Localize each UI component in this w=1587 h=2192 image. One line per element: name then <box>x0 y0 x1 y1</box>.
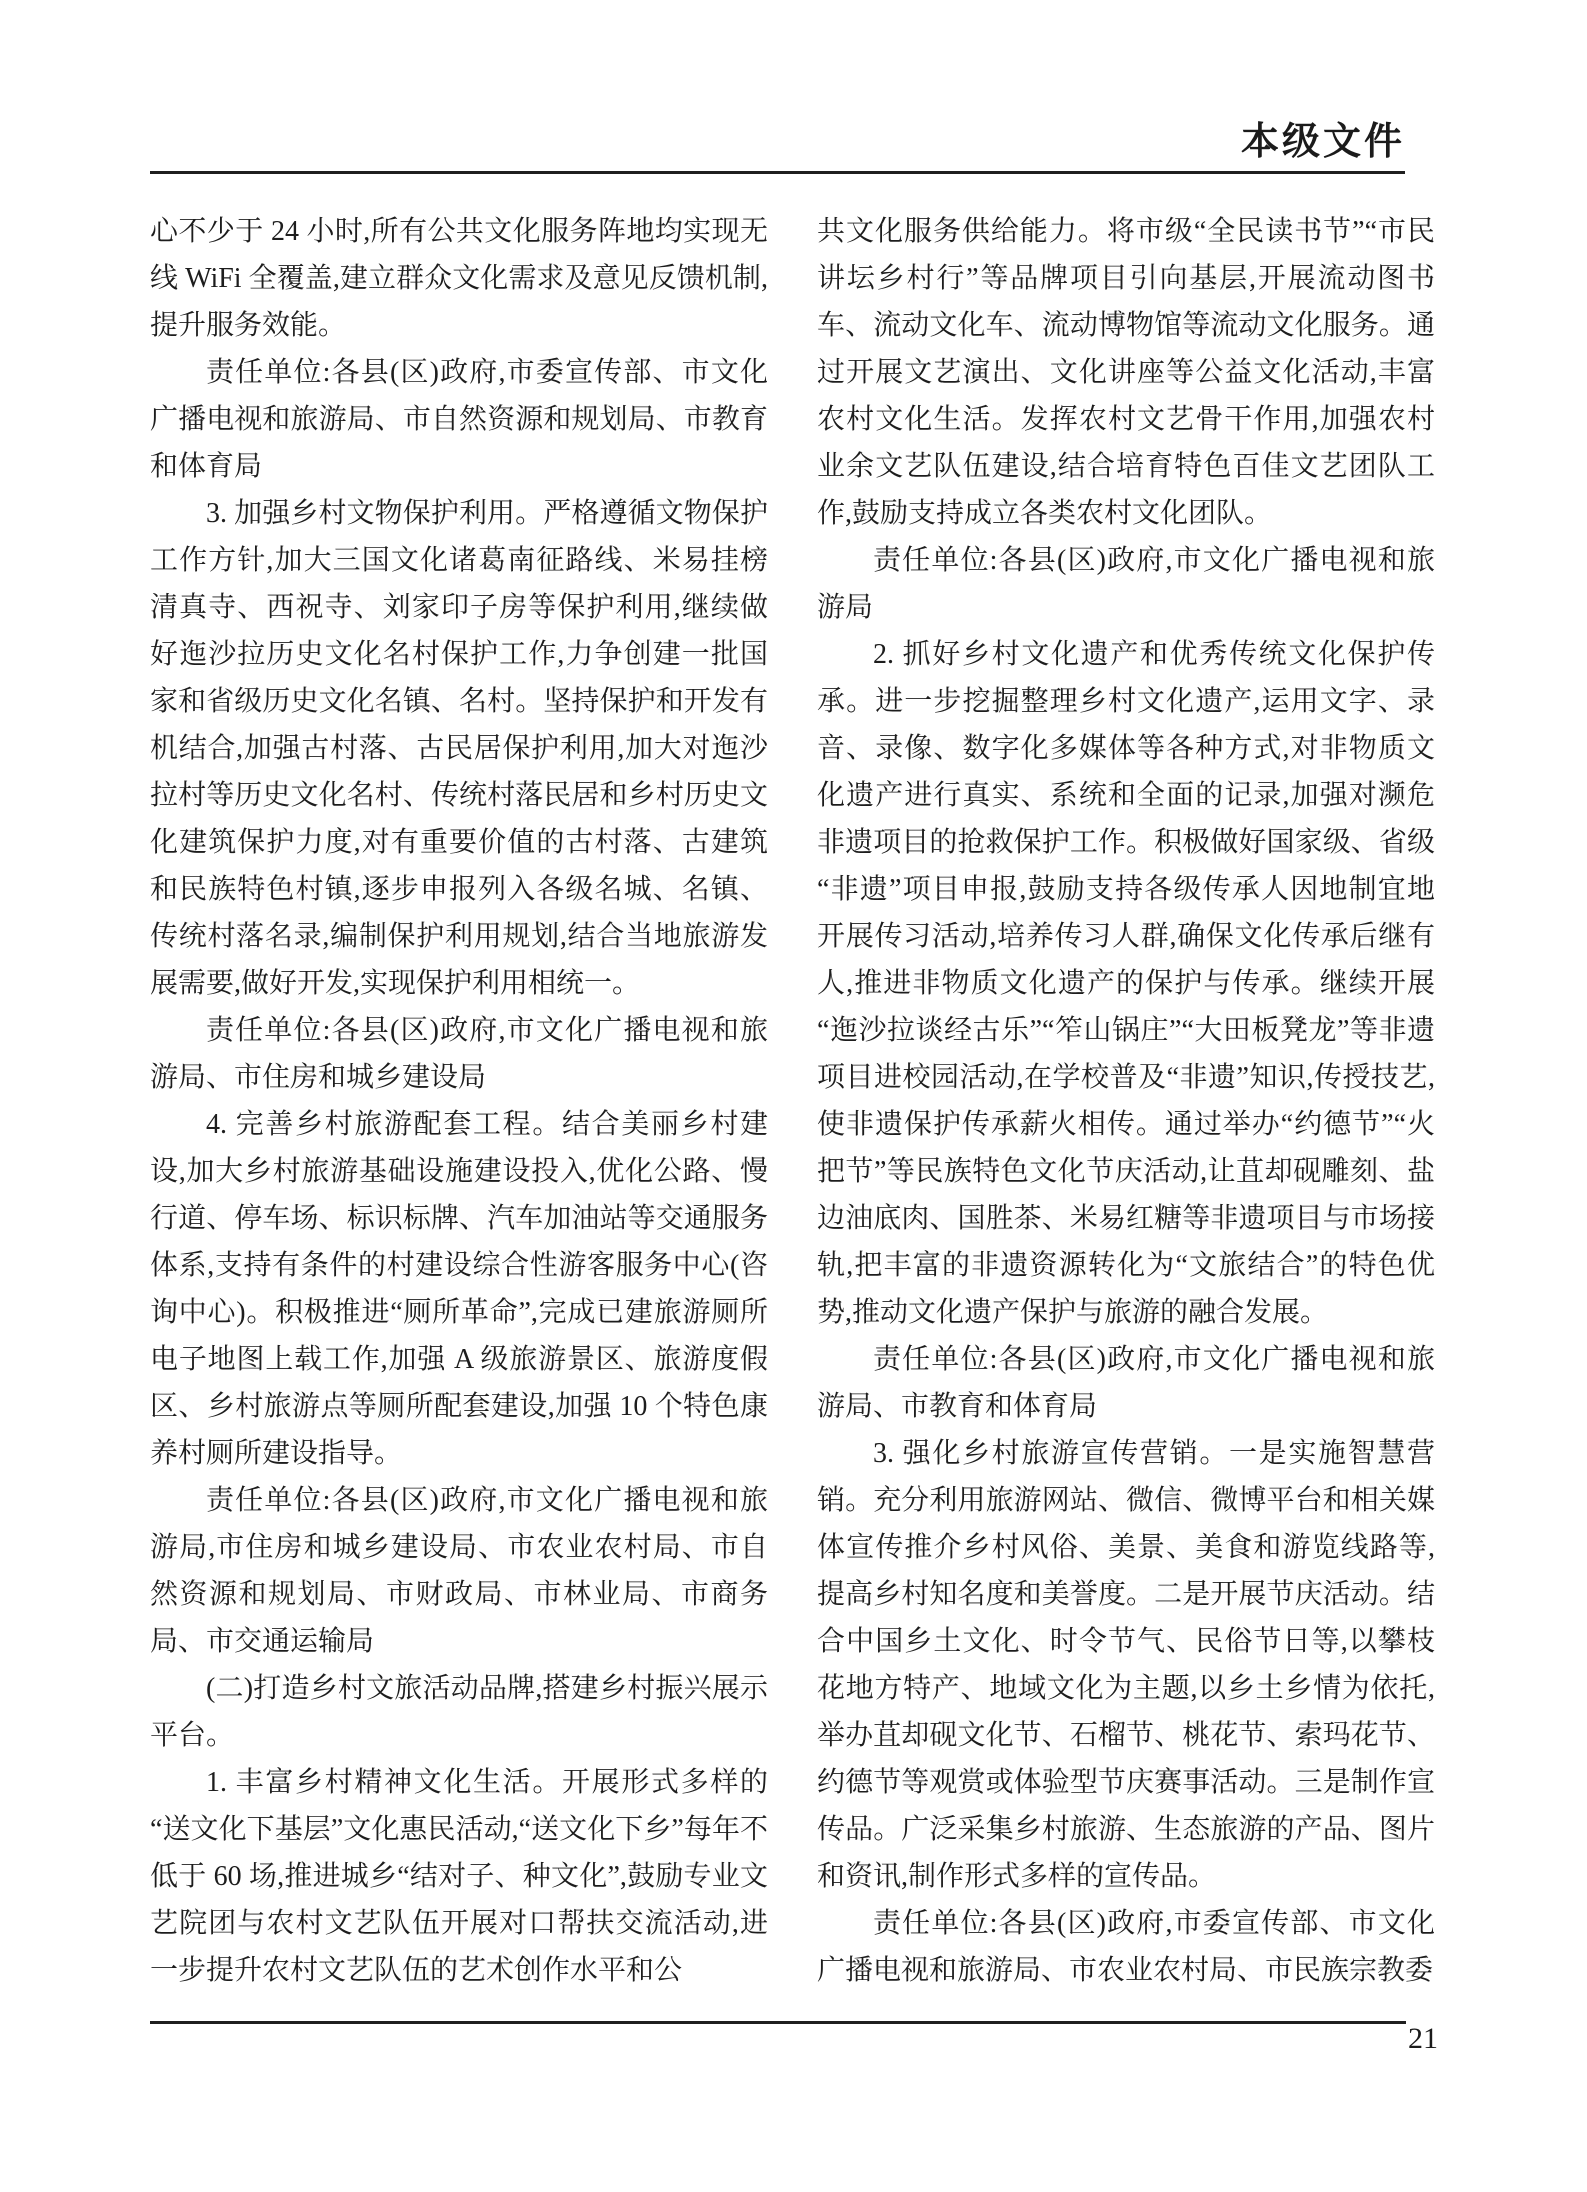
page-number: 21 <box>1408 2024 1438 2054</box>
paragraph: 1. 丰富乡村精神文化生活。开展形式多样的“送文化下基层”文化惠民活动,“送文化… <box>150 1759 768 1994</box>
paragraph-responsible-unit: 责任单位:各县(区)政府,市文化广播电视和旅游局、市住房和城乡建设局 <box>150 1007 768 1101</box>
header-title: 本级文件 <box>1241 121 1405 163</box>
paragraph: 4. 完善乡村旅游配套工程。结合美丽乡村建设,加大乡村旅游基础设施建设投入,优化… <box>150 1101 768 1477</box>
paragraph: 心不少于 24 小时,所有公共文化服务阵地均实现无线 WiFi 全覆盖,建立群众… <box>150 208 768 349</box>
paragraph-responsible-unit: 责任单位:各县(区)政府,市文化广播电视和旅游局,市住房和城乡建设局、市农业农村… <box>150 1477 768 1665</box>
footer-rule <box>150 2021 1406 2024</box>
paragraph-responsible-unit: 责任单位:各县(区)政府,市委宣传部、市文化广播电视和旅游局、市自然资源和规划局… <box>150 349 768 490</box>
paragraph: 共文化服务供给能力。将市级“全民读书节”“市民讲坛乡村行”等品牌项目引向基层,开… <box>817 208 1435 537</box>
document-page: { "colors": { "background": "#ffffff", "… <box>0 0 1587 2192</box>
text-column-left: 心不少于 24 小时,所有公共文化服务阵地均实现无线 WiFi 全覆盖,建立群众… <box>150 208 768 1994</box>
text-column-right: 共文化服务供给能力。将市级“全民读书节”“市民讲坛乡村行”等品牌项目引向基层,开… <box>817 208 1435 1994</box>
paragraph-responsible-unit: 责任单位:各县(区)政府,市文化广播电视和旅游局、市教育和体育局 <box>817 1336 1435 1430</box>
paragraph-responsible-unit: 责任单位:各县(区)政府,市委宣传部、市文化广播电视和旅游局、市农业农村局、市民… <box>817 1900 1435 1994</box>
page-header: 本级文件 <box>150 120 1405 174</box>
section-heading: (二)打造乡村文旅活动品牌,搭建乡村振兴展示平台。 <box>150 1665 768 1759</box>
paragraph: 3. 加强乡村文物保护利用。严格遵循文物保护工作方针,加大三国文化诸葛南征路线、… <box>150 490 768 1007</box>
paragraph: 3. 强化乡村旅游宣传营销。一是实施智慧营销。充分利用旅游网站、微信、微博平台和… <box>817 1430 1435 1900</box>
paragraph-responsible-unit: 责任单位:各县(区)政府,市文化广播电视和旅游局 <box>817 537 1435 631</box>
paragraph: 2. 抓好乡村文化遗产和优秀传统文化保护传承。进一步挖掘整理乡村文化遗产,运用文… <box>817 631 1435 1336</box>
